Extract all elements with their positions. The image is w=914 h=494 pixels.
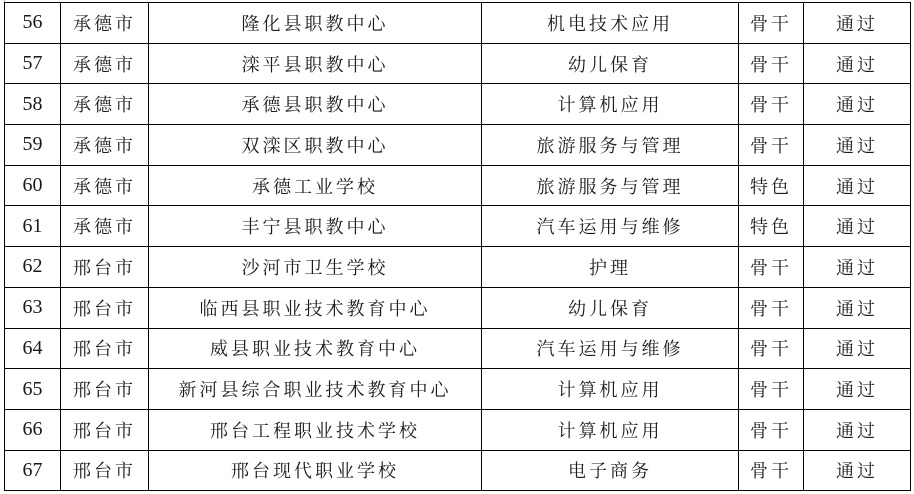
result-cell: 通过 [804, 369, 911, 410]
major-cell: 旅游服务与管理 [482, 125, 739, 166]
major-cell: 电子商务 [482, 450, 739, 491]
type-cell: 骨干 [739, 287, 804, 328]
school-cell: 新河县综合职业技术教育中心 [149, 369, 482, 410]
type-cell: 骨干 [739, 247, 804, 288]
row-number: 56 [5, 3, 61, 44]
type-cell: 骨干 [739, 369, 804, 410]
table-row: 58 承德市 承德县职教中心 计算机应用 骨干 通过 [5, 84, 911, 125]
row-number: 64 [5, 328, 61, 369]
city-cell: 承德市 [61, 43, 149, 84]
school-cell: 邢台工程职业技术学校 [149, 409, 482, 450]
school-cell: 沙河市卫生学校 [149, 247, 482, 288]
type-cell: 特色 [739, 165, 804, 206]
major-cell: 汽车运用与维修 [482, 328, 739, 369]
type-cell: 骨干 [739, 450, 804, 491]
major-cell: 计算机应用 [482, 409, 739, 450]
result-cell: 通过 [804, 409, 911, 450]
type-cell: 骨干 [739, 43, 804, 84]
city-cell: 邢台市 [61, 450, 149, 491]
type-cell: 骨干 [739, 84, 804, 125]
type-cell: 骨干 [739, 328, 804, 369]
row-number: 60 [5, 165, 61, 206]
city-cell: 承德市 [61, 206, 149, 247]
school-cell: 承德县职教中心 [149, 84, 482, 125]
city-cell: 邢台市 [61, 328, 149, 369]
result-cell: 通过 [804, 43, 911, 84]
result-cell: 通过 [804, 165, 911, 206]
row-number: 66 [5, 409, 61, 450]
school-cell: 承德工业学校 [149, 165, 482, 206]
result-cell: 通过 [804, 247, 911, 288]
row-number: 58 [5, 84, 61, 125]
city-cell: 承德市 [61, 3, 149, 44]
major-cell: 机电技术应用 [482, 3, 739, 44]
school-cell: 丰宁县职教中心 [149, 206, 482, 247]
table-row: 66 邢台市 邢台工程职业技术学校 计算机应用 骨干 通过 [5, 409, 911, 450]
row-number: 61 [5, 206, 61, 247]
table-row: 65 邢台市 新河县综合职业技术教育中心 计算机应用 骨干 通过 [5, 369, 911, 410]
row-number: 57 [5, 43, 61, 84]
result-cell: 通过 [804, 450, 911, 491]
result-cell: 通过 [804, 328, 911, 369]
result-cell: 通过 [804, 206, 911, 247]
row-number: 59 [5, 125, 61, 166]
city-cell: 邢台市 [61, 247, 149, 288]
result-cell: 通过 [804, 287, 911, 328]
table-row: 57 承德市 滦平县职教中心 幼儿保育 骨干 通过 [5, 43, 911, 84]
row-number: 65 [5, 369, 61, 410]
table-row: 59 承德市 双滦区职教中心 旅游服务与管理 骨干 通过 [5, 125, 911, 166]
type-cell: 骨干 [739, 125, 804, 166]
major-cell: 旅游服务与管理 [482, 165, 739, 206]
table-row: 61 承德市 丰宁县职教中心 汽车运用与维修 特色 通过 [5, 206, 911, 247]
table-row: 60 承德市 承德工业学校 旅游服务与管理 特色 通过 [5, 165, 911, 206]
major-cell: 幼儿保育 [482, 287, 739, 328]
city-cell: 邢台市 [61, 409, 149, 450]
result-cell: 通过 [804, 125, 911, 166]
major-cell: 计算机应用 [482, 369, 739, 410]
school-cell: 临西县职业技术教育中心 [149, 287, 482, 328]
city-cell: 邢台市 [61, 369, 149, 410]
major-cell: 护理 [482, 247, 739, 288]
result-cell: 通过 [804, 3, 911, 44]
city-cell: 承德市 [61, 165, 149, 206]
type-cell: 特色 [739, 206, 804, 247]
result-cell: 通过 [804, 84, 911, 125]
table-row: 67 邢台市 邢台现代职业学校 电子商务 骨干 通过 [5, 450, 911, 491]
table-row: 64 邢台市 威县职业技术教育中心 汽车运用与维修 骨干 通过 [5, 328, 911, 369]
table-row: 56 承德市 隆化县职教中心 机电技术应用 骨干 通过 [5, 3, 911, 44]
school-cell: 滦平县职教中心 [149, 43, 482, 84]
school-cell: 威县职业技术教育中心 [149, 328, 482, 369]
city-cell: 承德市 [61, 84, 149, 125]
school-cell: 邢台现代职业学校 [149, 450, 482, 491]
major-cell: 汽车运用与维修 [482, 206, 739, 247]
school-major-table: 56 承德市 隆化县职教中心 机电技术应用 骨干 通过 57 承德市 滦平县职教… [4, 2, 911, 491]
city-cell: 邢台市 [61, 287, 149, 328]
row-number: 62 [5, 247, 61, 288]
type-cell: 骨干 [739, 409, 804, 450]
table-row: 63 邢台市 临西县职业技术教育中心 幼儿保育 骨干 通过 [5, 287, 911, 328]
row-number: 63 [5, 287, 61, 328]
row-number: 67 [5, 450, 61, 491]
type-cell: 骨干 [739, 3, 804, 44]
major-cell: 计算机应用 [482, 84, 739, 125]
city-cell: 承德市 [61, 125, 149, 166]
school-cell: 双滦区职教中心 [149, 125, 482, 166]
table-row: 62 邢台市 沙河市卫生学校 护理 骨干 通过 [5, 247, 911, 288]
school-cell: 隆化县职教中心 [149, 3, 482, 44]
major-cell: 幼儿保育 [482, 43, 739, 84]
